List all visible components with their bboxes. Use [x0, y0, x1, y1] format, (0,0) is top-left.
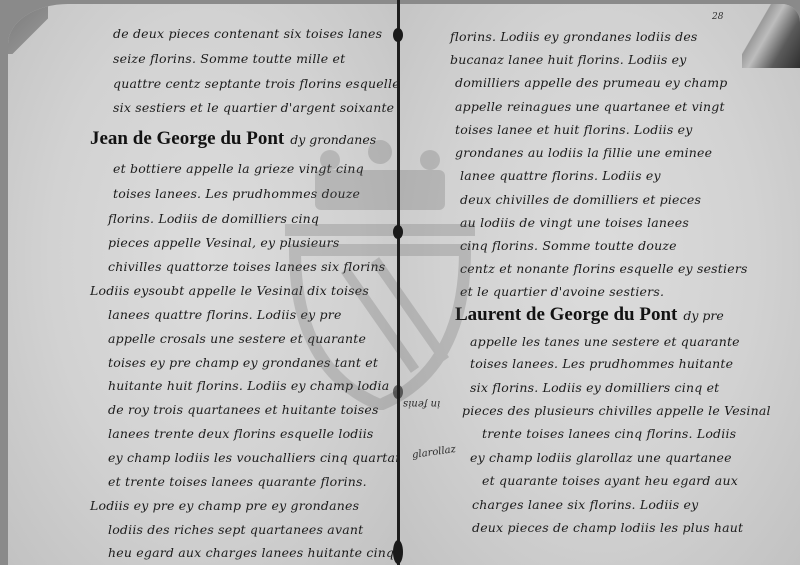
- text-line: lodiis des riches sept quartanees avant: [108, 522, 363, 537]
- text-line: toises ey pre champ ey grondanes tant et: [108, 355, 378, 370]
- page-corner-shadow: [8, 4, 48, 54]
- text-line: heu egard aux charges lanees huitante ci…: [108, 545, 394, 560]
- manuscript-spread: de deux pieces contenant six toises lane…: [0, 0, 800, 565]
- text-line: six florins. Lodiis ey domilliers cinq e…: [470, 380, 719, 395]
- text-line: seize florins. Somme toutte mille et: [113, 51, 345, 66]
- entry-heading: Laurent de George du Pontdy pre: [455, 304, 724, 326]
- binding-stitch: [393, 28, 403, 42]
- text-line: toises lanees. Les prudhommes huitante: [470, 356, 733, 371]
- folio-number: 28: [712, 12, 723, 22]
- text-line: appelle reinagues une quartanee et vingt: [455, 99, 725, 114]
- text-line: florins. Lodiis ey grondanes lodiis des: [450, 29, 698, 44]
- binding-stitch: [393, 540, 403, 564]
- margin-note-upside-down-text: in fenis: [403, 398, 440, 409]
- text-line: florins. Lodiis de domilliers cinq: [108, 211, 319, 226]
- text-line: de deux pieces contenant six toises lane…: [113, 26, 382, 41]
- text-line: cinq florins. Somme toutte douze: [460, 238, 677, 253]
- text-line: Lodiis eysoubt appelle le Vesinal dix to…: [90, 283, 369, 298]
- text-line: six sestiers et le quartier d'argent soi…: [113, 100, 400, 115]
- text-line: lanees quattre florins. Lodiis ey pre: [108, 307, 342, 322]
- text-line: et le quartier d'avoine sestiers.: [460, 284, 664, 299]
- margin-note-upside-down: in fenis: [403, 398, 440, 409]
- text-line: appelle les tanes une sestere et quarant…: [470, 334, 740, 349]
- binding-gutter: [397, 0, 400, 565]
- text-line: domilliers appelle des prumeau ey champ: [455, 75, 728, 90]
- margin-note-glarollaz: glarollaz: [411, 444, 456, 461]
- text-line: et bottiere appelle la grieze vingt cinq: [113, 161, 364, 176]
- entry-heading: Jean de George du Pontdy grondanes: [90, 128, 376, 150]
- binding-stitch: [393, 385, 403, 399]
- text-line: et trente toises lanees quarante florins…: [108, 474, 367, 489]
- text-line: trente toises lanees cinq florins. Lodii…: [482, 426, 736, 441]
- entry-heading-continuation: dy pre: [683, 308, 723, 323]
- text-line: ey champ lodiis les vouchalliers cinq qu…: [108, 450, 400, 465]
- text-line: charges lanee six florins. Lodiis ey: [472, 497, 698, 512]
- text-line: appelle crosals une sestere et quarante: [108, 331, 366, 346]
- text-line: pieces des plusieurs chivilles appelle l…: [462, 403, 771, 418]
- text-line: ey champ lodiis glarollaz une quartanee: [470, 450, 732, 465]
- page-edge-curl: [742, 4, 800, 68]
- text-line: toises lanee et huit florins. Lodiis ey: [455, 122, 693, 137]
- text-line: et quarante toises ayant heu egard aux: [482, 473, 738, 488]
- text-line: deux pieces de champ lodiis les plus hau…: [472, 520, 743, 535]
- entry-heading-continuation: dy grondanes: [290, 132, 376, 147]
- text-line: lanee quattre florins. Lodiis ey: [460, 168, 661, 183]
- entry-heading-name: Jean de George du Pont: [90, 128, 284, 149]
- text-line: quattre centz septante trois florins esq…: [113, 76, 400, 91]
- text-line: Lodiis ey pre ey champ pre ey grondanes: [90, 498, 359, 513]
- left-page: de deux pieces contenant six toises lane…: [8, 4, 400, 565]
- text-line: au lodiis de vingt une toises lanees: [460, 215, 689, 230]
- binding-stitch: [393, 225, 403, 239]
- text-line: deux chivilles de domilliers et pieces: [460, 192, 701, 207]
- text-line: de roy trois quartanees et huitante tois…: [108, 402, 379, 417]
- text-line: pieces appelle Vesinal, ey plusieurs: [108, 235, 339, 250]
- text-line: grondanes au lodiis la fillie une eminee: [455, 145, 712, 160]
- text-line: lanees trente deux florins esquelle lodi…: [108, 426, 374, 441]
- right-page: 28 florins. Lodiis ey grondanes lodiis d…: [400, 4, 800, 565]
- text-line: centz et nonante florins esquelle ey ses…: [460, 261, 748, 276]
- text-line: toises lanees. Les prudhommes douze: [113, 186, 360, 201]
- text-line: chivilles quattorze toises lanees six fl…: [108, 259, 385, 274]
- entry-heading-name: Laurent de George du Pont: [455, 304, 677, 325]
- text-line: bucanaz lanee huit florins. Lodiis ey: [450, 52, 687, 67]
- text-line: huitante huit florins. Lodiis ey champ l…: [108, 378, 389, 393]
